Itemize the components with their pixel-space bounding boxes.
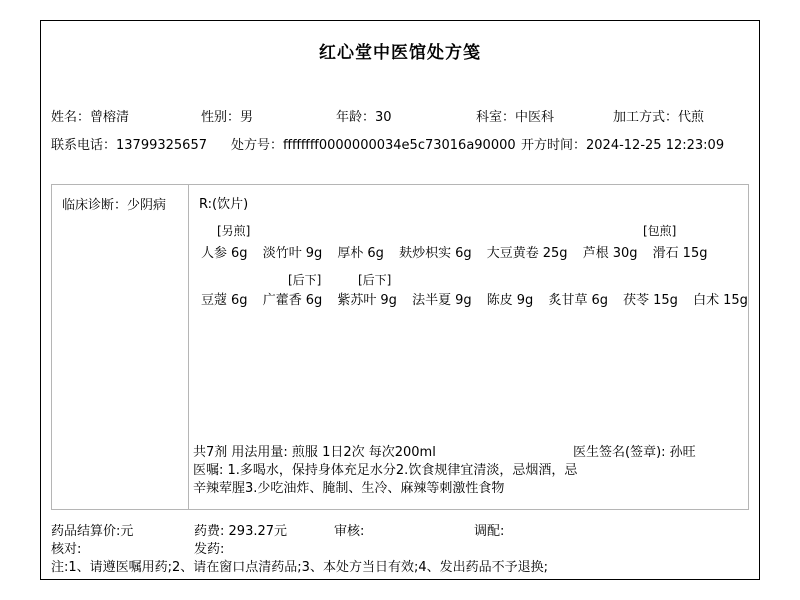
phone-label: 联系电话： (51, 138, 116, 153)
processing-method-label: 加工方式： (613, 110, 678, 125)
page-title: 红心堂中医馆处方笺 (41, 38, 759, 63)
herb-name: 紫苏叶 (337, 293, 376, 308)
herb-dose: 25g (543, 246, 568, 261)
herb-name: 滑石 (653, 246, 679, 261)
herb-name: 大豆黄卷 (487, 246, 539, 261)
herb-name: 陈皮 (487, 293, 513, 308)
diagnosis-label: 临床诊断： (62, 198, 127, 213)
settle-price-value: 元 (120, 524, 133, 539)
herb-row-2: 豆蔻6g 广藿香6g 紫苏叶9g 法半夏9g 陈皮9g 炙甘草6g 茯苓15g … (201, 293, 759, 308)
herb-item: 法半夏9g (412, 293, 472, 308)
patient-name-field: 姓名：曾榕清 (51, 110, 129, 125)
settle-price-field: 药品结算价:元 (51, 524, 133, 539)
herb-name: 广藿香 (263, 293, 302, 308)
dispense-field: 调配: (474, 524, 504, 539)
usage-line: 共7剂 用法用量: 煎服 1日2次 每次200ml (193, 445, 436, 460)
herb-dose: 9g (517, 293, 534, 308)
herb-dose: 6g (367, 246, 384, 261)
doses-total: 共7剂 (193, 445, 227, 460)
herb-dose: 15g (653, 293, 678, 308)
herb-name: 芦根 (583, 246, 609, 261)
patient-department-field: 科室：中医科 (476, 110, 554, 125)
patient-age-label: 年龄： (336, 110, 375, 125)
herb-name: 茯苓 (623, 293, 649, 308)
fee-field: 药费: 293.27元 (194, 524, 287, 539)
herb-dose: 6g (306, 293, 323, 308)
issue-time-field: 开方时间：2024-12-25 12:23:09 (521, 138, 724, 153)
issue-field: 发药: (194, 542, 224, 557)
tag-add-later-2: [后下] (358, 273, 391, 288)
herb-item: 厚朴6g (337, 246, 384, 261)
herb-dose: 30g (613, 246, 638, 261)
herb-dose: 6g (231, 246, 248, 261)
diagnosis-field: 临床诊断：少阴病 (62, 198, 166, 213)
herb-item: 广藿香6g (263, 293, 323, 308)
herb-item: 白术15g (693, 293, 748, 308)
herb-item: 人参6g (201, 246, 248, 261)
rx-number-field: 处方号：ffffffff0000000034e5c73016a90000 (231, 138, 516, 153)
phone-field: 联系电话：13799325657 (51, 138, 207, 153)
patient-age-value: 30 (375, 110, 392, 125)
herb-item: 豆蔻6g (201, 293, 248, 308)
herb-dose: 6g (455, 246, 472, 261)
patient-gender-value: 男 (240, 110, 253, 125)
issue-label: 发药: (194, 542, 224, 557)
rx-number-value: ffffffff0000000034e5c73016a90000 (283, 138, 516, 153)
patient-department-label: 科室： (476, 110, 515, 125)
herb-item: 紫苏叶9g (337, 293, 397, 308)
patient-gender-label: 性别： (201, 110, 240, 125)
settle-price-label: 药品结算价: (51, 524, 120, 539)
review-label: 审核: (334, 524, 364, 539)
patient-gender-field: 性别：男 (201, 110, 253, 125)
rx-number-label: 处方号： (231, 138, 283, 153)
herb-item: 茯苓15g (623, 293, 678, 308)
diagnosis-cell: 临床诊断：少阴病 (52, 185, 189, 509)
patient-name-label: 姓名： (51, 110, 90, 125)
herb-item: 陈皮9g (487, 293, 534, 308)
diagnosis-value: 少阴病 (127, 198, 166, 213)
tag-add-later-1: [后下] (288, 273, 321, 288)
fee-value: 293.27元 (229, 524, 288, 539)
medical-instructions-line2: 辛辣荤腥3.少吃油炸、腌制、生冷、麻辣等刺激性食物 (193, 481, 504, 496)
herb-item: 大豆黄卷25g (487, 246, 568, 261)
herb-item: 淡竹叶9g (263, 246, 323, 261)
herb-name: 淡竹叶 (263, 246, 302, 261)
herb-dose: 15g (683, 246, 708, 261)
herb-item: 麸炒枳实6g (399, 246, 472, 261)
herb-dose: 15g (723, 293, 748, 308)
usage-text: 用法用量: 煎服 1日2次 每次200ml (231, 445, 435, 460)
doctor-signature-field: 医生签名(签章): 孙旺 (573, 445, 696, 460)
herb-dose: 9g (455, 293, 472, 308)
herb-name: 厚朴 (337, 246, 363, 261)
tag-wrap-decoct: [包煎] (643, 224, 676, 239)
patient-department-value: 中医科 (515, 110, 554, 125)
herb-dose: 9g (306, 246, 323, 261)
check-field: 核对: (51, 542, 81, 557)
herb-row-1: 人参6g 淡竹叶9g 厚朴6g 麸炒枳实6g 大豆黄卷25g 芦根30g 滑石1… (201, 246, 718, 261)
patient-age-field: 年龄：30 (336, 110, 392, 125)
dispense-label: 调配: (474, 524, 504, 539)
herb-item: 滑石15g (653, 246, 708, 261)
prescription-table: 临床诊断：少阴病 R:(饮片) [另煎] [包煎] 人参6g 淡竹叶9g 厚朴6… (51, 184, 749, 510)
issue-time-label: 开方时间： (521, 138, 586, 153)
herb-item: 芦根30g (583, 246, 638, 261)
issue-time-value: 2024-12-25 12:23:09 (586, 138, 724, 153)
patient-name-value: 曾榕清 (90, 110, 129, 125)
footer-note: 注:1、请遵医嘱用药;2、请在窗口点清药品;3、本处方当日有效;4、发出药品不予… (51, 560, 548, 575)
herb-name: 麸炒枳实 (399, 246, 451, 261)
medical-instructions-line1: 医嘱: 1.多喝水，保持身体充足水分2.饮食规律宜清淡，忌烟酒，忌 (193, 463, 577, 478)
rx-header: R:(饮片) (199, 197, 248, 212)
review-field: 审核: (334, 524, 364, 539)
doctor-signature-label: 医生签名(签章): (573, 445, 666, 460)
herb-dose: 6g (231, 293, 248, 308)
herb-name: 豆蔻 (201, 293, 227, 308)
herb-name: 炙甘草 (548, 293, 587, 308)
prescription-sheet: 红心堂中医馆处方笺 姓名：曾榕清 性别：男 年龄：30 科室：中医科 加工方式：… (40, 20, 760, 580)
herb-dose: 9g (380, 293, 397, 308)
herb-item: 炙甘草6g (548, 293, 608, 308)
herb-name: 白术 (693, 293, 719, 308)
processing-method-field: 加工方式：代煎 (613, 110, 704, 125)
fee-label: 药费: (194, 524, 224, 539)
herb-name: 法半夏 (412, 293, 451, 308)
tag-separate-decoct: [另煎] (217, 224, 250, 239)
check-label: 核对: (51, 542, 81, 557)
processing-method-value: 代煎 (678, 110, 704, 125)
phone-value: 13799325657 (116, 138, 207, 153)
rx-content-cell: R:(饮片) [另煎] [包煎] 人参6g 淡竹叶9g 厚朴6g 麸炒枳实6g … (189, 185, 748, 509)
herb-dose: 6g (591, 293, 608, 308)
herb-name: 人参 (201, 246, 227, 261)
doctor-signature-value: 孙旺 (670, 445, 696, 460)
